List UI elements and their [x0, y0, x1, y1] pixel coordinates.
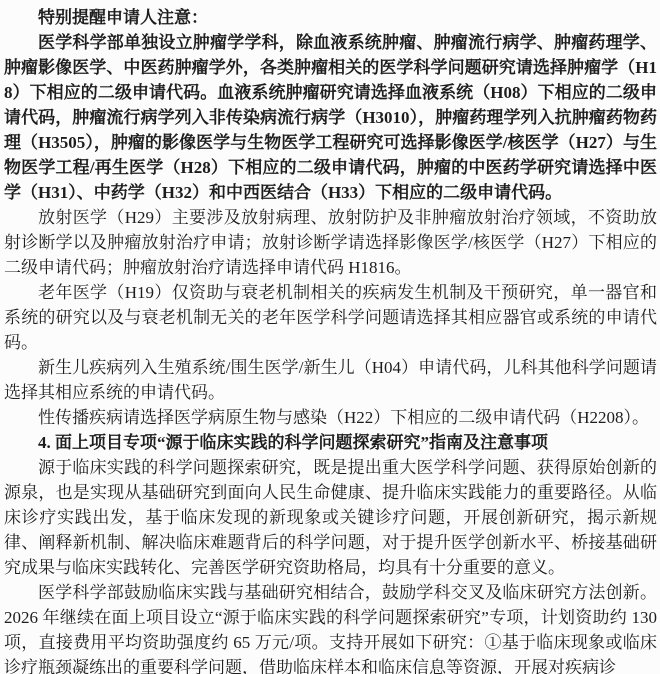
paragraph-radiation-medicine: 放射医学（H29）主要涉及放射病理、放射防护及非肿瘤放射治疗领域，不资助放射诊断… — [4, 205, 657, 280]
paragraph-funding-plan: 医学科学部鼓励临床实践与基础研究相结合，鼓励学科交叉及临床研究方法创新。2026… — [4, 580, 657, 674]
paragraph-neonatal-diseases: 新生儿疾病列入生殖系统/围生医学/新生儿（H04）申请代码，儿科其他科学问题请选… — [4, 355, 657, 405]
paragraph-clinical-significance: 源于临床实践的科学问题探索研究，既是提出重大医学科学问题、获得原始创新的源泉，也… — [4, 455, 657, 580]
paragraph-tumor-codes: 医学科学部单独设立肿瘤学学科，除血液系统肿瘤、肿瘤流行病学、肿瘤药理学、肿瘤影像… — [4, 30, 657, 205]
paragraph-geriatric-medicine: 老年医学（H19）仅资助与衰老机制相关的疾病发生机制及干预研究，单一器官和系统的… — [4, 280, 657, 355]
document-page: 特别提醒申请人注意： 医学科学部单独设立肿瘤学学科，除血液系统肿瘤、肿瘤流行病学… — [0, 0, 660, 674]
paragraph-std-codes: 性传播疾病请选择医学病原生物与感染（H22）下相应的二级申请代码（H2208）。 — [4, 405, 657, 430]
section-heading-clinical-research: 4. 面上项目专项“源于临床实践的科学问题探索研究”指南及注意事项 — [4, 430, 657, 455]
special-notice-heading: 特别提醒申请人注意： — [4, 5, 657, 30]
